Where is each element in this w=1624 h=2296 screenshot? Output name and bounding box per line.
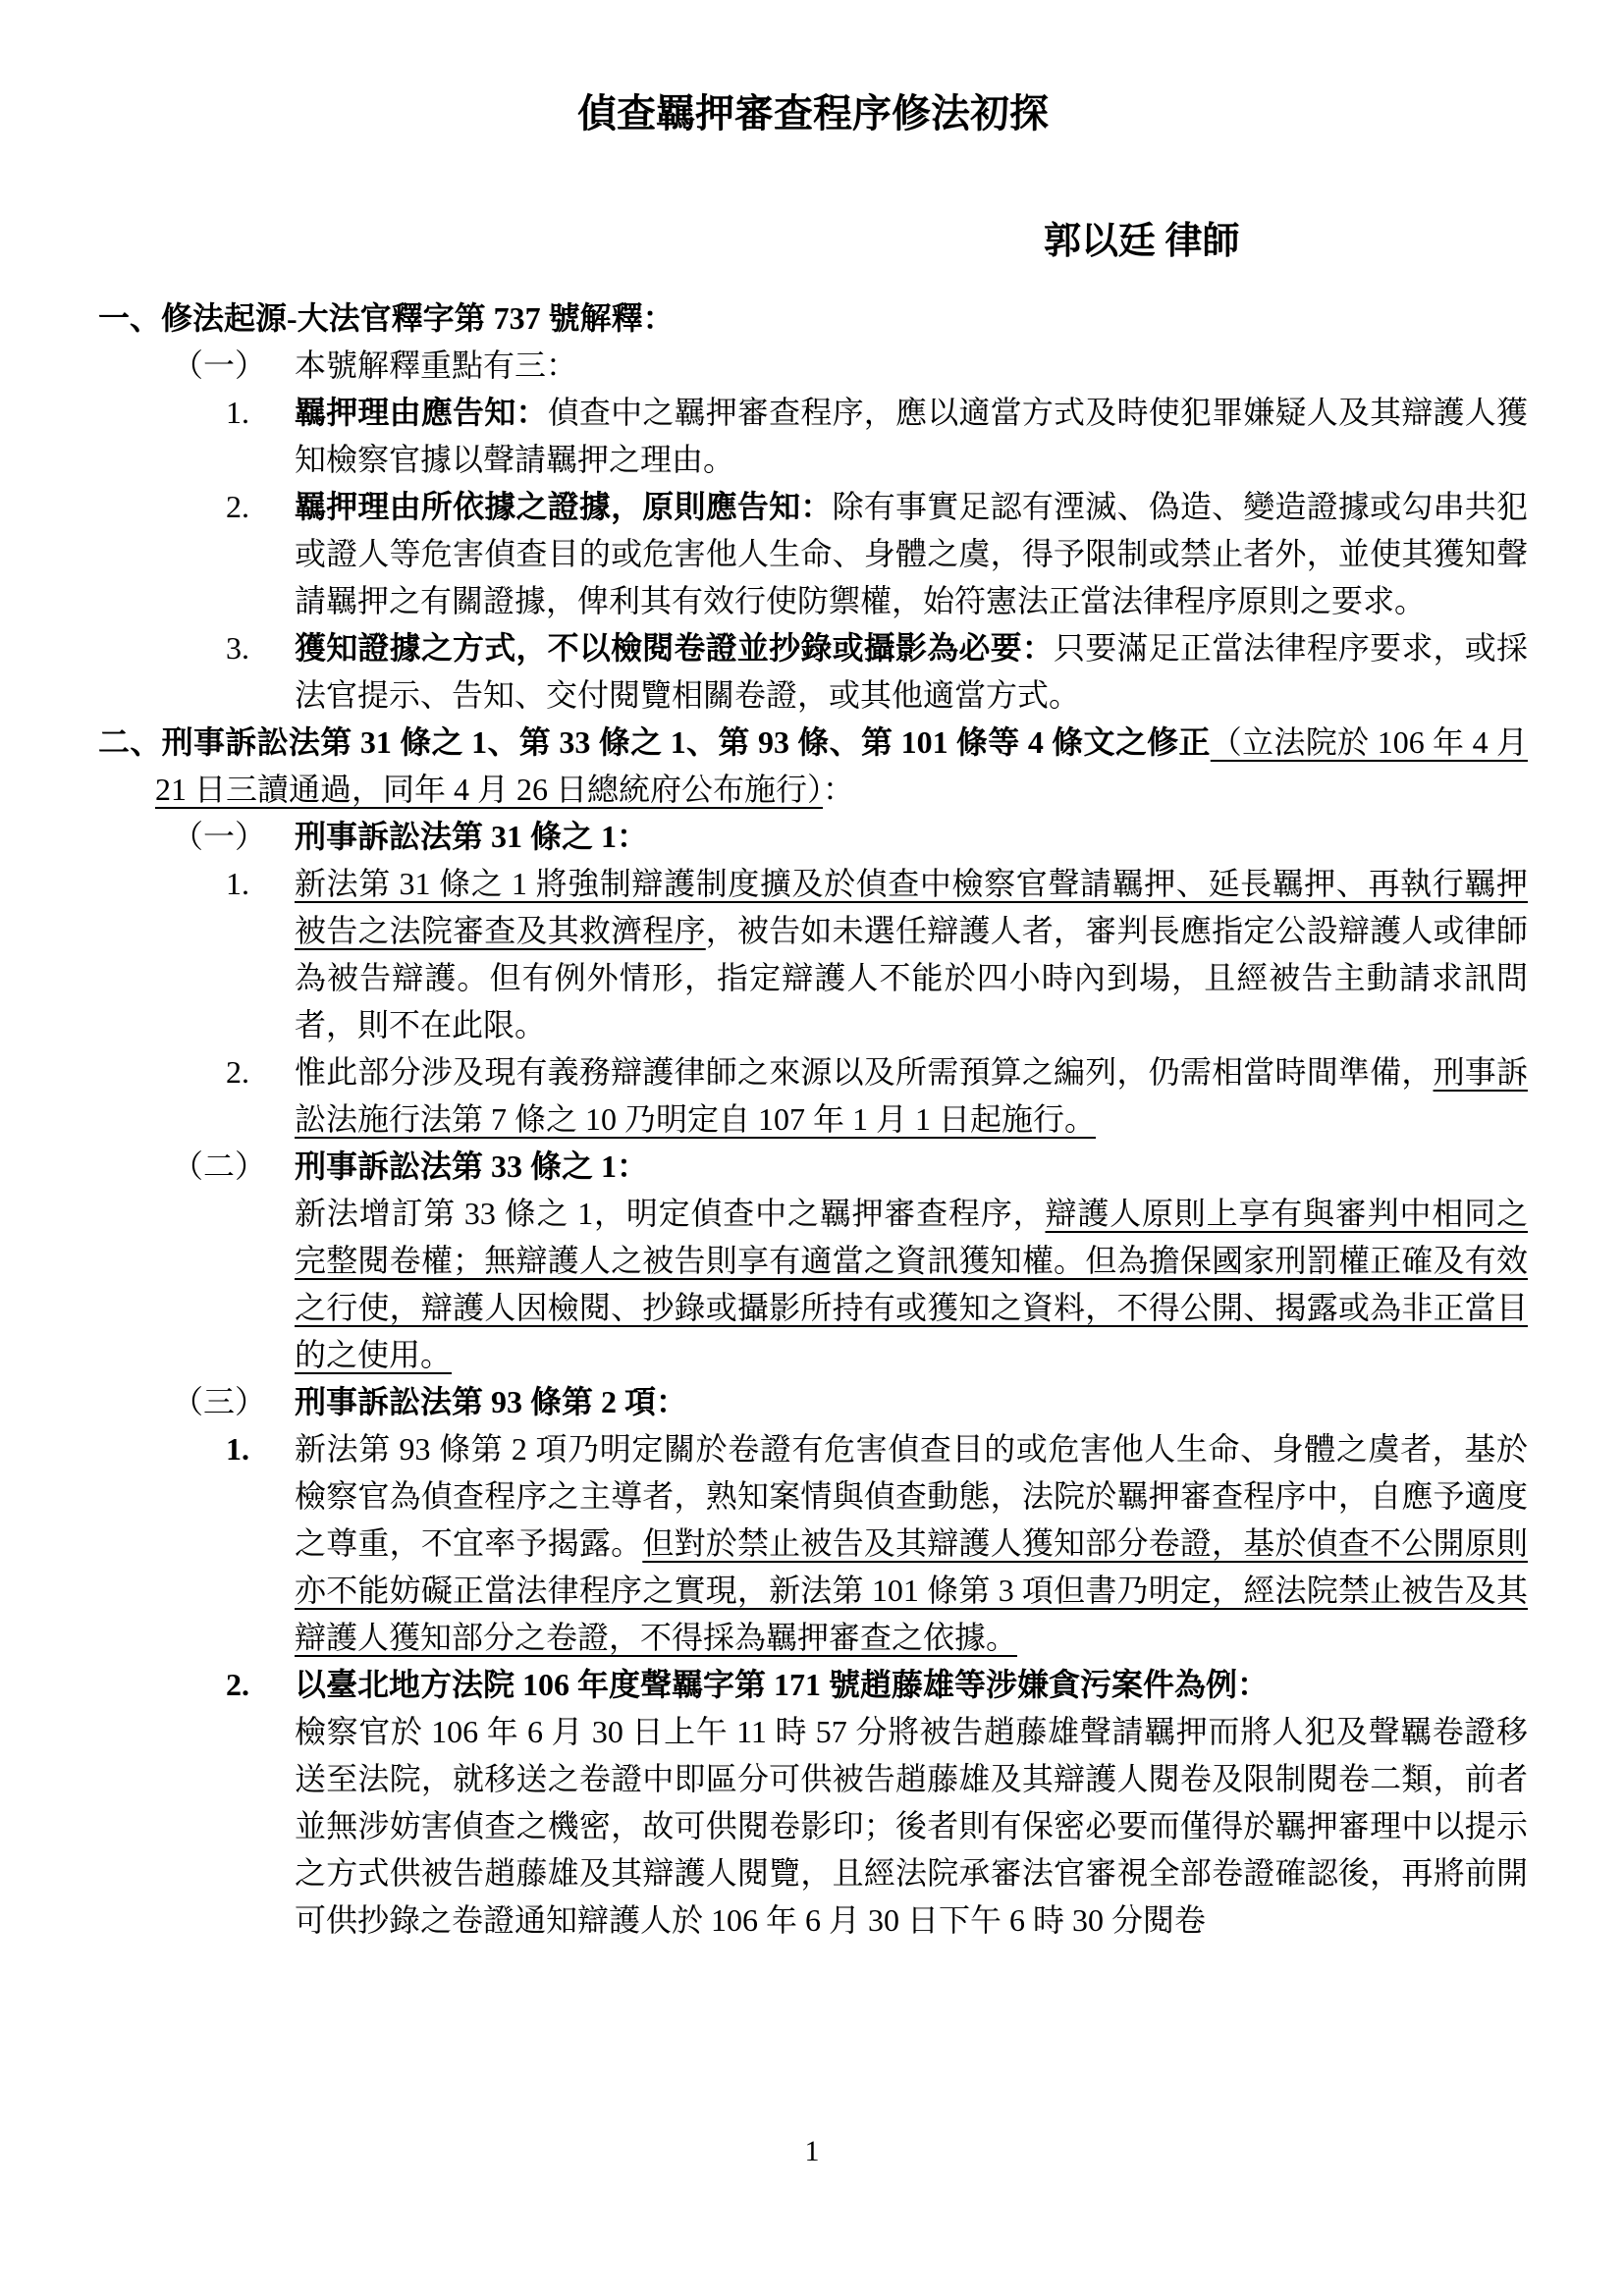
item-paragraph: 惟此部分涉及現有義務辯護律師之來源以及所需預算之編列，仍需相當時間準備，刑事訴訟… bbox=[295, 1048, 1528, 1143]
section-1-intro: （一） 本號解釋重點有三： bbox=[98, 342, 1528, 389]
item-number: 2. bbox=[226, 1661, 295, 1944]
page-number: 1 bbox=[0, 2132, 1624, 2171]
list-item: 3. 獲知證據之方式，不以檢閱卷證並抄錄或攝影為必要：只要滿足正當法律程序要求，… bbox=[98, 624, 1528, 719]
document-page: 偵查羈押審查程序修法初探 郭以廷 律師 一、修法起源-大法官釋字第 737 號解… bbox=[0, 0, 1624, 2296]
item-lead-bold: 羈押理由所依據之證據，原則應告知： bbox=[295, 489, 833, 524]
list-item: 1. 新法第 31 條之 1 將強制辯護制度擴及於偵查中檢察官聲請羈押、延長羈押… bbox=[98, 860, 1528, 1048]
subsection-heading: 刑事訴訟法第 31 條之 1： bbox=[295, 819, 648, 854]
item-body-text: 新法增訂第 33 條之 1，明定偵查中之羈押審查程序， bbox=[295, 1196, 1046, 1231]
item-lead-bold: 獲知證據之方式，不以檢閱卷證並抄錄或攝影為必要： bbox=[295, 630, 1054, 666]
section-2-heading: 二、刑事訴訟法第 31 條之 1、第 33 條之 1、第 93 條、第 101 … bbox=[98, 719, 1528, 813]
list-item: 2. 以臺北地方法院 106 年度聲羈字第 171 號趙藤雄等涉嫌貪污案件為例：… bbox=[98, 1661, 1528, 1944]
subsection-marker: （一） bbox=[172, 342, 295, 389]
subsection-marker: （三） bbox=[172, 1378, 295, 1425]
subsection-heading: 刑事訴訟法第 33 條之 1： bbox=[295, 1148, 648, 1184]
item-number: 1. bbox=[226, 1425, 295, 1661]
item-number: 1. bbox=[226, 860, 295, 1048]
section-2-heading-text: 二、刑事訴訟法第 31 條之 1、第 33 條之 1、第 93 條、第 101 … bbox=[98, 724, 1211, 760]
item-paragraph: 獲知證據之方式，不以檢閱卷證並抄錄或攝影為必要：只要滿足正當法律程序要求，或採法… bbox=[295, 624, 1528, 719]
section-1-heading-text: 一、修法起源-大法官釋字第 737 號解釋： bbox=[98, 300, 675, 336]
item-paragraph: 新法第 93 條第 2 項乃明定關於卷證有危害偵查目的或危害他人生命、身體之虞者… bbox=[295, 1425, 1528, 1661]
item-number: 2. bbox=[226, 1048, 295, 1143]
item-body-text: 檢察官於 106 年 6 月 30 日上午 11 時 57 分將被告趙藤雄聲請羈… bbox=[295, 1708, 1528, 1944]
item-number: 1. bbox=[226, 389, 295, 483]
author-byline: 郭以廷 律師 bbox=[1044, 218, 1528, 265]
list-item: 2. 惟此部分涉及現有義務辯護律師之來源以及所需預算之編列，仍需相當時間準備，刑… bbox=[98, 1048, 1528, 1143]
item-number: 2. bbox=[226, 483, 295, 624]
item-paragraph: 羈押理由所依據之證據，原則應告知：除有事實足認有湮滅、偽造、變造證據或勾串共犯或… bbox=[295, 483, 1528, 624]
list-item: 2. 羈押理由所依據之證據，原則應告知：除有事實足認有湮滅、偽造、變造證據或勾串… bbox=[98, 483, 1528, 624]
subsection-marker: （二） bbox=[172, 1143, 295, 1190]
section-1-heading: 一、修法起源-大法官釋字第 737 號解釋： bbox=[98, 294, 1528, 342]
subsection-text: 本號解釋重點有三： bbox=[295, 342, 1528, 389]
subsection-marker: （一） bbox=[172, 813, 295, 860]
item-lead-bold: 羈押理由應告知： bbox=[295, 395, 548, 430]
subsection-heading: 刑事訴訟法第 93 條第 2 項： bbox=[295, 1384, 687, 1419]
subsection-2: （二） 刑事訴訟法第 33 條之 1： bbox=[98, 1143, 1528, 1190]
subsection-3: （三） 刑事訴訟法第 93 條第 2 項： bbox=[98, 1378, 1528, 1425]
document-title: 偵查羈押審查程序修法初探 bbox=[98, 90, 1528, 137]
item-lead-bold: 以臺北地方法院 106 年度聲羈字第 171 號趙藤雄等涉嫌貪污案件為例： bbox=[295, 1661, 1528, 1708]
item-number: 3. bbox=[226, 624, 295, 719]
list-item: 1. 羈押理由應告知：偵查中之羈押審查程序，應以適當方式及時使犯罪嫌疑人及其辯護… bbox=[98, 389, 1528, 483]
item-paragraph: 以臺北地方法院 106 年度聲羈字第 171 號趙藤雄等涉嫌貪污案件為例： 檢察… bbox=[295, 1661, 1528, 1944]
list-item: 1. 新法第 93 條第 2 項乃明定關於卷證有危害偵查目的或危害他人生命、身體… bbox=[98, 1425, 1528, 1661]
section-2-heading-colon: ： bbox=[823, 772, 854, 807]
item-paragraph: 羈押理由應告知：偵查中之羈押審查程序，應以適當方式及時使犯罪嫌疑人及其辯護人獲知… bbox=[295, 389, 1528, 483]
item-paragraph: 新法第 31 條之 1 將強制辯護制度擴及於偵查中檢察官聲請羈押、延長羈押、再執… bbox=[295, 860, 1528, 1048]
subsection-1: （一） 刑事訴訟法第 31 條之 1： bbox=[98, 813, 1528, 860]
document-body: 一、修法起源-大法官釋字第 737 號解釋： （一） 本號解釋重點有三： 1. … bbox=[98, 294, 1528, 1944]
subsection-2-paragraph: 新法增訂第 33 條之 1，明定偵查中之羈押審查程序，辯護人原則上享有與審判中相… bbox=[295, 1190, 1528, 1378]
item-body-text: 惟此部分涉及現有義務辯護律師之來源以及所需預算之編列，仍需相當時間準備， bbox=[295, 1054, 1434, 1090]
